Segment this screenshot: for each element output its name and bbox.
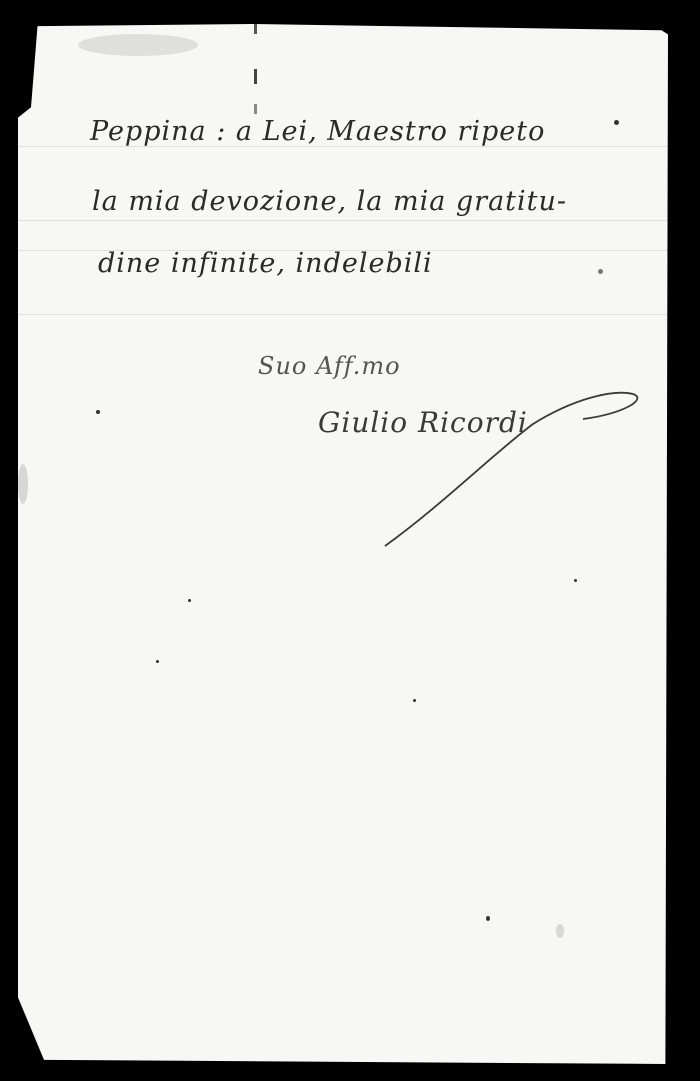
signature-flourish-icon bbox=[383, 384, 663, 554]
letter-page: Peppina : a Lei, Maestro ripeto la mia d… bbox=[18, 24, 668, 1064]
letter-closing: Suo Aff.mo bbox=[258, 352, 401, 380]
ink-speck bbox=[486, 916, 490, 921]
paper-stain bbox=[556, 924, 564, 938]
ink-speck bbox=[188, 599, 191, 602]
ink-speck bbox=[574, 579, 577, 582]
ink-speck bbox=[598, 269, 603, 274]
fold-mark bbox=[254, 24, 257, 124]
ink-speck bbox=[156, 660, 159, 663]
ruled-line bbox=[18, 220, 668, 221]
ink-speck bbox=[413, 699, 416, 702]
paper-stain bbox=[18, 464, 28, 504]
letter-line-1: Peppina : a Lei, Maestro ripeto bbox=[90, 116, 545, 147]
letter-line-2: la mia devozione, la mia gratitu- bbox=[92, 186, 567, 217]
ink-speck bbox=[614, 120, 619, 125]
letter-line-3: dine infinite, indelebili bbox=[98, 248, 433, 279]
ink-speck bbox=[96, 410, 100, 414]
ruled-line bbox=[18, 314, 668, 315]
paper-stain bbox=[78, 34, 198, 56]
